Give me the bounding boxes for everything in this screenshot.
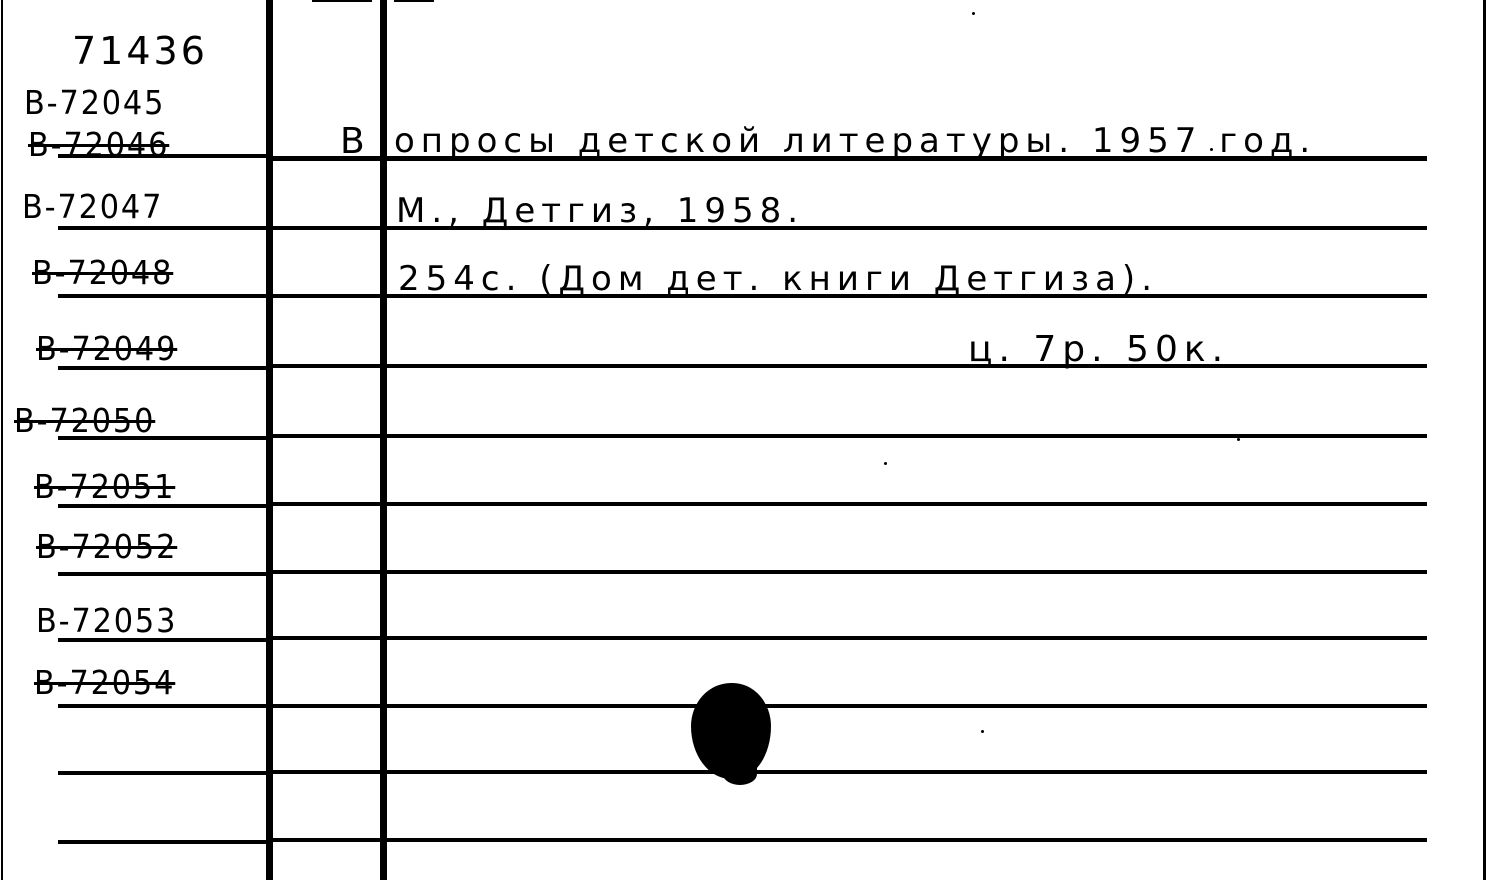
call-number: В-72051 bbox=[34, 470, 175, 503]
punch-hole-icon bbox=[691, 683, 771, 779]
rule-line bbox=[272, 704, 1427, 708]
speck bbox=[884, 462, 887, 465]
top-edge-mark bbox=[312, 0, 372, 2]
rule-line bbox=[272, 502, 1427, 506]
title-initial-letter: В bbox=[340, 124, 365, 160]
call-number: В-72053 bbox=[36, 604, 177, 637]
call-number: В-72045 bbox=[24, 86, 165, 119]
rule-line bbox=[58, 704, 268, 708]
accession-number: 71436 bbox=[72, 32, 208, 70]
price-line: ц. 7р. 50к. bbox=[968, 332, 1229, 368]
rule-line bbox=[272, 838, 1427, 842]
rule-line bbox=[272, 570, 1427, 574]
rule-line bbox=[58, 294, 268, 298]
call-number: В-72050 bbox=[14, 404, 155, 437]
call-number: В-72049 bbox=[36, 332, 177, 365]
card-right-border bbox=[1483, 0, 1486, 880]
imprint-line: М., Детгиз, 1958. bbox=[396, 194, 804, 228]
speck bbox=[981, 730, 984, 733]
rule-line bbox=[272, 636, 1427, 640]
catalog-card: 71436 В-72045В-72046В-72047В-72048В-7204… bbox=[0, 0, 1488, 880]
speck bbox=[1210, 148, 1213, 151]
rule-line bbox=[272, 770, 1427, 774]
rule-line bbox=[58, 771, 268, 775]
call-number: В-72047 bbox=[22, 190, 163, 223]
call-number-column-divider bbox=[266, 0, 273, 880]
call-number: В-72048 bbox=[32, 256, 173, 289]
rule-line bbox=[58, 840, 268, 844]
call-number: В-72052 bbox=[36, 530, 177, 563]
call-number: В-72046 bbox=[28, 128, 169, 161]
rule-line bbox=[58, 572, 268, 576]
card-left-border bbox=[1, 0, 3, 880]
collation-line: 254с. (Дом дет. книги Детгиза). bbox=[398, 262, 1158, 296]
rule-line bbox=[58, 226, 268, 230]
rule-line bbox=[272, 434, 1427, 438]
top-edge-mark bbox=[394, 0, 434, 2]
speck bbox=[972, 12, 975, 15]
title-line: опросы детской литературы. 1957 год. bbox=[394, 124, 1316, 158]
rule-line bbox=[272, 364, 1427, 368]
call-number: В-72054 bbox=[34, 666, 175, 699]
speck bbox=[1237, 438, 1240, 441]
indent-column-divider bbox=[380, 0, 387, 880]
